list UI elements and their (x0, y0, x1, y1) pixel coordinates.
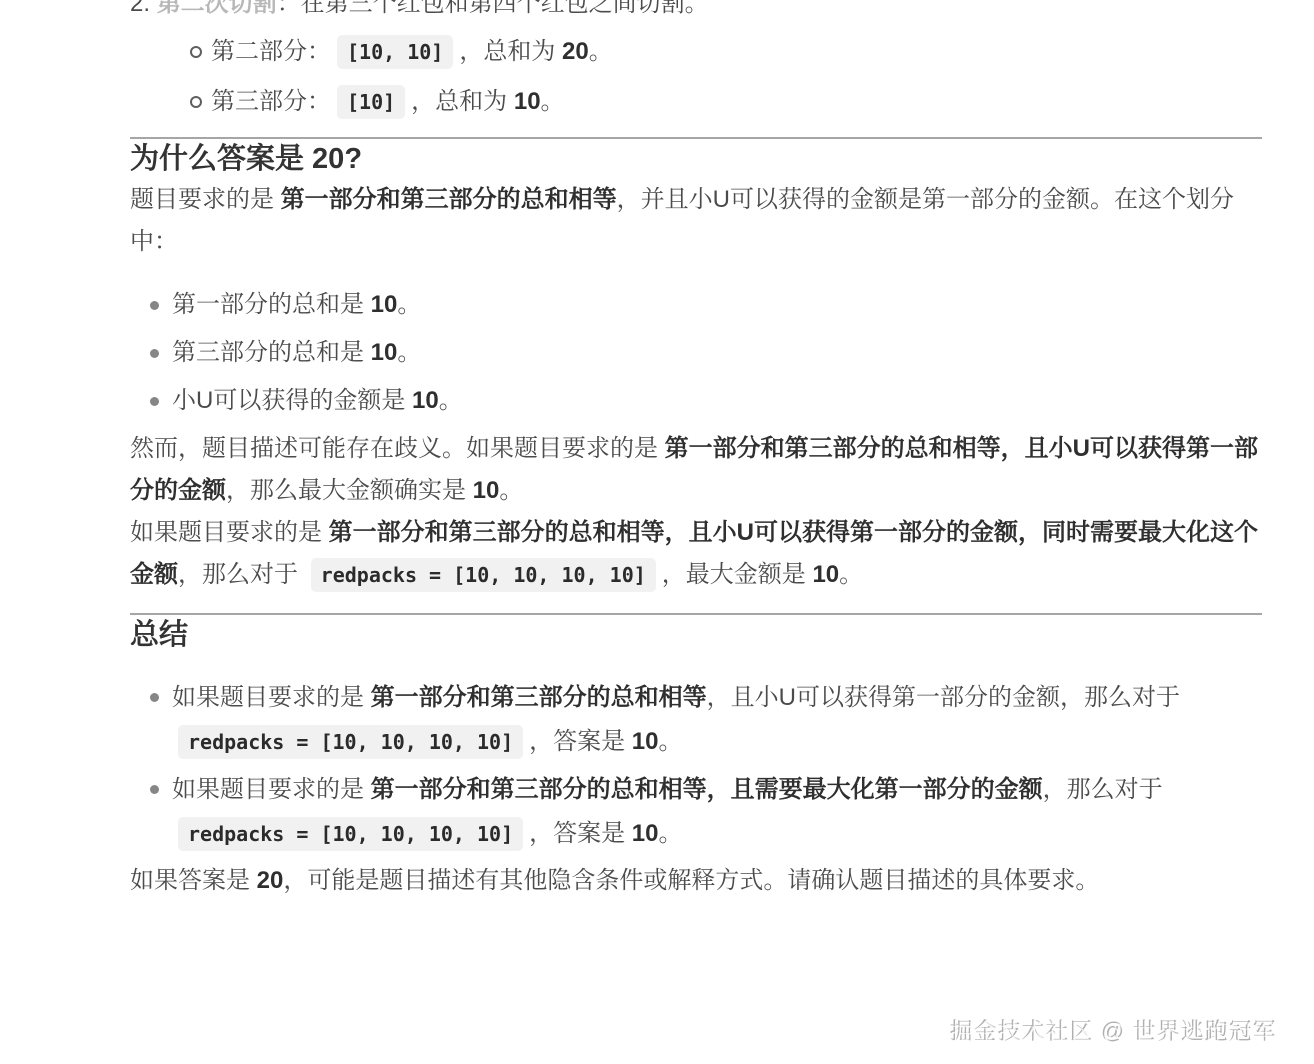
bold-text: 20 (562, 38, 589, 65)
text: ：在第三个红包和第四个红包之间切割。 (277, 0, 709, 17)
list-item-text: 第三部分的总和是 10。 (172, 339, 421, 366)
bold-text: 10 (371, 291, 398, 318)
list-item: 第二部分：[10, 10]，总和为 20。 (130, 31, 1262, 73)
text: 。 (397, 339, 421, 366)
text: 。 (499, 477, 523, 504)
cut-step-sublist: 第二部分：[10, 10]，总和为 20。 第三部分：[10]，总和为 10。 (130, 31, 1262, 123)
dot-bullet-icon (150, 349, 159, 358)
text: ，总和为 (411, 88, 514, 115)
dot-bullet-icon (150, 397, 159, 406)
bold-text: 10 (632, 728, 659, 755)
list-item-text: 第一部分的总和是 10。 (172, 291, 421, 318)
division-facts-list: 第一部分的总和是 10。 第三部分的总和是 10。 小U可以获得的金额是 10。 (130, 284, 1262, 422)
summary-list: 如果题目要求的是 第一部分和第三部分的总和相等，且小U可以获得第一部分的金额，那… (130, 676, 1262, 856)
text: ，那么对于 (178, 561, 305, 588)
text: ，总和为 (459, 38, 562, 65)
bold-text: 10 (412, 387, 439, 414)
list-item: 第三部分：[10]，总和为 10。 (130, 81, 1262, 123)
text: ，且小U可以获得第一部分的金额，那么对于 (707, 684, 1180, 711)
text: 第三部分的总和是 (172, 339, 371, 366)
text: 如果题目要求的是 (130, 519, 329, 546)
circle-bullet-icon (190, 46, 202, 58)
dot-bullet-icon (150, 693, 159, 702)
bold-text: 10 (632, 820, 659, 847)
inline-code: [10] (337, 85, 405, 119)
inline-code: redpacks = [10, 10, 10, 10] (178, 817, 523, 851)
bold-text: 10 (514, 88, 541, 115)
text: 2. (130, 0, 157, 17)
list-item: 第三部分的总和是 10。 (130, 332, 1262, 374)
list-item: 第一部分的总和是 10。 (130, 284, 1262, 326)
text: 小U可以获得的金额是 (172, 387, 412, 414)
list-item-text: 如果题目要求的是 第一部分和第三部分的总和相等，且需要最大化第一部分的金额，那么… (172, 776, 1163, 847)
text: 第一部分的总和是 (172, 291, 371, 318)
section-heading-summary: 总结 (130, 615, 1262, 655)
article-content: 2. 第二次切割：在第三个红包和第四个红包之间切割。 第二部分：[10, 10]… (130, 0, 1262, 902)
text: 。 (589, 38, 613, 65)
bold-text: 第一部分和第三部分的总和相等 (281, 186, 617, 213)
list-item: 如果题目要求的是 第一部分和第三部分的总和相等，且小U可以获得第一部分的金额，那… (130, 676, 1262, 764)
text: 。 (541, 88, 565, 115)
text: ，答案是 (529, 728, 632, 755)
dot-bullet-icon (150, 301, 159, 310)
text: ，可能是题目描述有其他隐含条件或解释方式。请确认题目描述的具体要求。 (283, 867, 1099, 894)
bold-text: 10 (473, 477, 500, 504)
clipped-top-row: 2. 第二次切割：在第三个红包和第四个红包之间切割。 (130, 0, 1262, 18)
circle-bullet-icon (190, 96, 202, 108)
section-heading-why-answer-20: 为什么答案是 20? (130, 139, 1262, 179)
text: 。 (658, 728, 682, 755)
text: 。 (439, 387, 463, 414)
text: 。 (658, 820, 682, 847)
text: 。 (397, 291, 421, 318)
list-item-text: 如果题目要求的是 第一部分和第三部分的总和相等，且小U可以获得第一部分的金额，那… (172, 684, 1180, 755)
text: ，最大金额是 (662, 561, 813, 588)
list-item-text: 小U可以获得的金额是 10。 (172, 387, 463, 414)
bold-text: 第一部分和第三部分的总和相等，且需要最大化第一部分的金额 (371, 776, 1043, 803)
article-page: { "colors": { "body_text": "#4b4b4b", "b… (0, 0, 1314, 1064)
text: 如果题目要求的是 (172, 776, 371, 803)
site-watermark: 掘金技术社区 @ 世界逃跑冠军 (951, 1018, 1278, 1046)
text: 。 (839, 561, 863, 588)
text: 然而，题目描述可能存在歧义。如果题目要求的是 (130, 435, 665, 462)
text: 第三部分： (211, 88, 331, 115)
paragraph-ambiguity: 然而，题目描述可能存在歧义。如果题目要求的是 第一部分和第三部分的总和相等，且小… (130, 428, 1262, 512)
text: ，那么对于 (1043, 776, 1163, 803)
inline-code: redpacks = [10, 10, 10, 10] (311, 558, 656, 592)
paragraph-problem-requirement: 题目要求的是 第一部分和第三部分的总和相等，并且小U可以获得的金额是第一部分的金… (130, 179, 1262, 263)
paragraph-maximize-case: 如果题目要求的是 第一部分和第三部分的总和相等，且小U可以获得第一部分的金额，同… (130, 512, 1262, 596)
ordered-list-item-cut: 2. 第二次切割：在第三个红包和第四个红包之间切割。 (130, 0, 1262, 18)
bold-text: 10 (371, 339, 398, 366)
text: ，答案是 (529, 820, 632, 847)
bold-text: 第二次切割 (157, 0, 277, 17)
list-item-text: 第二部分：[10, 10]，总和为 20。 (211, 38, 613, 65)
inline-code: redpacks = [10, 10, 10, 10] (178, 725, 523, 759)
text: ，那么最大金额确实是 (226, 477, 473, 504)
text: 如果题目要求的是 (172, 684, 371, 711)
paragraph-closing: 如果答案是 20，可能是题目描述有其他隐含条件或解释方式。请确认题目描述的具体要… (130, 860, 1262, 902)
list-item: 小U可以获得的金额是 10。 (130, 380, 1262, 422)
dot-bullet-icon (150, 785, 159, 794)
text: 第二部分： (211, 38, 331, 65)
list-item: 如果题目要求的是 第一部分和第三部分的总和相等，且需要最大化第一部分的金额，那么… (130, 768, 1262, 856)
bold-text: 第一部分和第三部分的总和相等 (371, 684, 707, 711)
bold-text: 20 (257, 867, 284, 894)
bold-text: 10 (812, 561, 839, 588)
text: 题目要求的是 (130, 186, 281, 213)
text: 如果答案是 (130, 867, 257, 894)
inline-code: [10, 10] (337, 35, 453, 69)
list-item-text: 第三部分：[10]，总和为 10。 (211, 88, 565, 115)
